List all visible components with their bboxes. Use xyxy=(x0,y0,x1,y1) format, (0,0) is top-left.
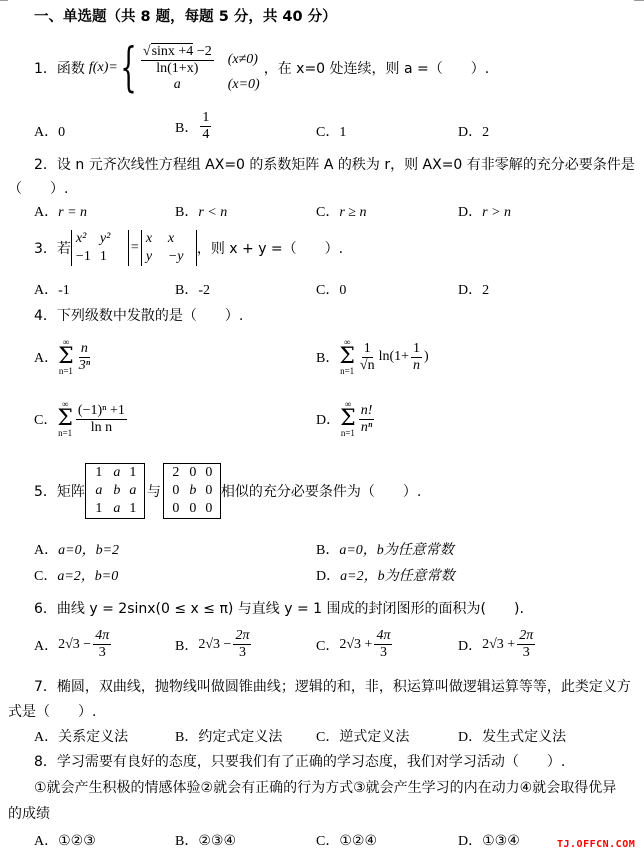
question-number: 6． xyxy=(34,601,57,617)
option-a[interactable]: A．r = n xyxy=(34,201,87,221)
summation-icon: ∞Σn=1 xyxy=(339,338,355,376)
fraction: √sinx +4 −2 ln(1+x) xyxy=(141,44,214,77)
question-number: 1． xyxy=(34,58,57,78)
option-d[interactable]: D．2√3 +2π3 xyxy=(458,628,537,661)
formula-lhs: f(x)= xyxy=(89,60,118,76)
denominator: ln(1+x) xyxy=(154,61,200,77)
question-number: 3． xyxy=(34,238,57,258)
option-d[interactable]: D．2 xyxy=(458,121,489,141)
question-8-stem-line3: 的成绩 xyxy=(8,803,50,823)
option-c[interactable]: C．①②④ xyxy=(316,830,377,850)
page-corner-mark xyxy=(0,0,8,1)
option-d[interactable]: D． ∞Σn=1 n!nⁿ xyxy=(316,400,376,438)
option-b[interactable]: B．14 xyxy=(175,110,213,143)
option-b[interactable]: B．约定式定义法 xyxy=(175,726,282,746)
option-c[interactable]: C．r ≥ n xyxy=(316,201,366,221)
question-7-stem-line2: 式是（ ）. xyxy=(8,701,96,721)
option-d[interactable]: D．a=2，b为任意常数 xyxy=(316,565,455,585)
fraction: 2π3 xyxy=(517,628,535,661)
question-1-stem: 1． 函数 f(x)= { √sinx +4 −2 ln(1+x) (x≠0) … xyxy=(34,36,489,100)
fraction: 4π3 xyxy=(93,628,111,661)
question-6-stem: 6．曲线 y = 2sinx(0 ≤ x ≤ π) 与直线 y = 1 围成的封… xyxy=(34,598,524,618)
option-b[interactable]: B．r < n xyxy=(175,201,227,221)
option-a[interactable]: A．-1 xyxy=(34,279,70,299)
option-d[interactable]: D．①③④ xyxy=(458,830,520,850)
determinant-right: xx y−y xyxy=(141,230,197,266)
summation-icon: ∞Σn=1 xyxy=(58,338,74,376)
determinant-left: x²y² −11 xyxy=(71,230,129,266)
option-a[interactable]: A． ∞Σn=1 n3ⁿ xyxy=(34,338,94,376)
fraction: (−1)ⁿ +1ln n xyxy=(76,403,127,436)
option-c[interactable]: C．0 xyxy=(316,279,346,299)
matrix-left: 1a1 aba 1a1 xyxy=(85,463,145,519)
question-2-stem-line2: （ ）. xyxy=(8,178,68,198)
fraction: 4π3 xyxy=(374,628,392,661)
option-b[interactable]: B．a=0，b为任意常数 xyxy=(316,539,454,559)
summation-icon: ∞Σn=1 xyxy=(57,400,73,438)
question-number: 5． xyxy=(34,481,57,501)
question-3-stem: 3． 若 x²y² −11 = xx y−y ，则 x + y =（ ）. xyxy=(34,226,343,270)
watermark: TJ.OFFCN.COM xyxy=(557,839,635,850)
option-c[interactable]: C．2√3 +4π3 xyxy=(316,628,394,661)
question-7-stem: 7．椭圆，双曲线，抛物线叫做圆锥曲线；逻辑的和，非，积运算叫做逻辑运算等等，此类… xyxy=(34,676,631,696)
question-5-stem: 5． 矩阵 1a1 aba 1a1 与 200 0b0 000 相似的充分必要条… xyxy=(34,460,421,522)
condition: (x≠0) xyxy=(228,52,260,68)
option-c[interactable]: C．1 xyxy=(316,121,346,141)
radicand: sinx +4 xyxy=(151,43,194,59)
fraction: 1√n xyxy=(358,341,377,374)
option-c[interactable]: C．a=2，b=0 xyxy=(34,565,118,585)
option-d[interactable]: D．2 xyxy=(458,279,489,299)
option-a[interactable]: A．2√3 −4π3 xyxy=(34,628,113,661)
option-a[interactable]: A．关系定义法 xyxy=(34,726,128,746)
option-a[interactable]: A．a=0，b=2 xyxy=(34,539,119,559)
question-4-stem: 4．下列级数中发散的是（ ）. xyxy=(34,305,243,325)
fraction: 14 xyxy=(200,110,211,143)
fraction: 2π3 xyxy=(233,628,251,661)
option-a[interactable]: A．①②③ xyxy=(34,830,96,850)
question-number: 7． xyxy=(34,679,57,695)
option-d[interactable]: D．发生式定义法 xyxy=(458,726,566,746)
option-c[interactable]: C． ∞Σn=1 (−1)ⁿ +1ln n xyxy=(34,400,129,438)
question-2-stem: 2．设 n 元齐次线性方程组 AX=0 的系数矩阵 A 的秩为 r，则 AX=0… xyxy=(34,154,635,174)
option-b[interactable]: B．-2 xyxy=(175,279,210,299)
question-number: 4． xyxy=(34,308,57,324)
matrix-right: 200 0b0 000 xyxy=(163,463,221,519)
stem-text: ，在 x=0 处连续，则 a =（ ）. xyxy=(264,58,489,78)
fraction: n3ⁿ xyxy=(77,341,92,374)
question-8-stem-line2: ①就会产生积极的情感体验②就会有正确的行为方式③就会产生学习的内在动力④就会取得… xyxy=(34,777,616,797)
fraction: 1n xyxy=(411,341,422,374)
page-corner-mark xyxy=(634,0,644,1)
case-value: a xyxy=(139,77,216,93)
option-d[interactable]: D．r > n xyxy=(458,201,511,221)
stem-text: 函数 xyxy=(57,58,85,78)
option-b[interactable]: B．②③④ xyxy=(175,830,236,850)
option-b[interactable]: B．2√3 −2π3 xyxy=(175,628,253,661)
piecewise-brace: { xyxy=(120,38,137,98)
question-number: 8． xyxy=(34,754,57,770)
option-a[interactable]: A．0 xyxy=(34,121,65,141)
fraction: n!nⁿ xyxy=(359,403,375,436)
condition: (x=0) xyxy=(228,77,260,93)
piecewise-cases: √sinx +4 −2 ln(1+x) (x≠0) a (x=0) xyxy=(139,44,260,93)
option-b[interactable]: B． ∞Σn=1 1√n ln(1+ 1n ) xyxy=(316,338,429,376)
question-number: 2． xyxy=(34,157,57,173)
question-8-stem: 8．学习需要有良好的态度，只要我们有了正确的学习态度，我们对学习活动（ ）. xyxy=(34,751,565,771)
option-c[interactable]: C．逆式定义法 xyxy=(316,726,409,746)
section-title: 一、单选题（共 8 题，每题 5 分，共 40 分） xyxy=(34,5,337,26)
summation-icon: ∞Σn=1 xyxy=(340,400,356,438)
